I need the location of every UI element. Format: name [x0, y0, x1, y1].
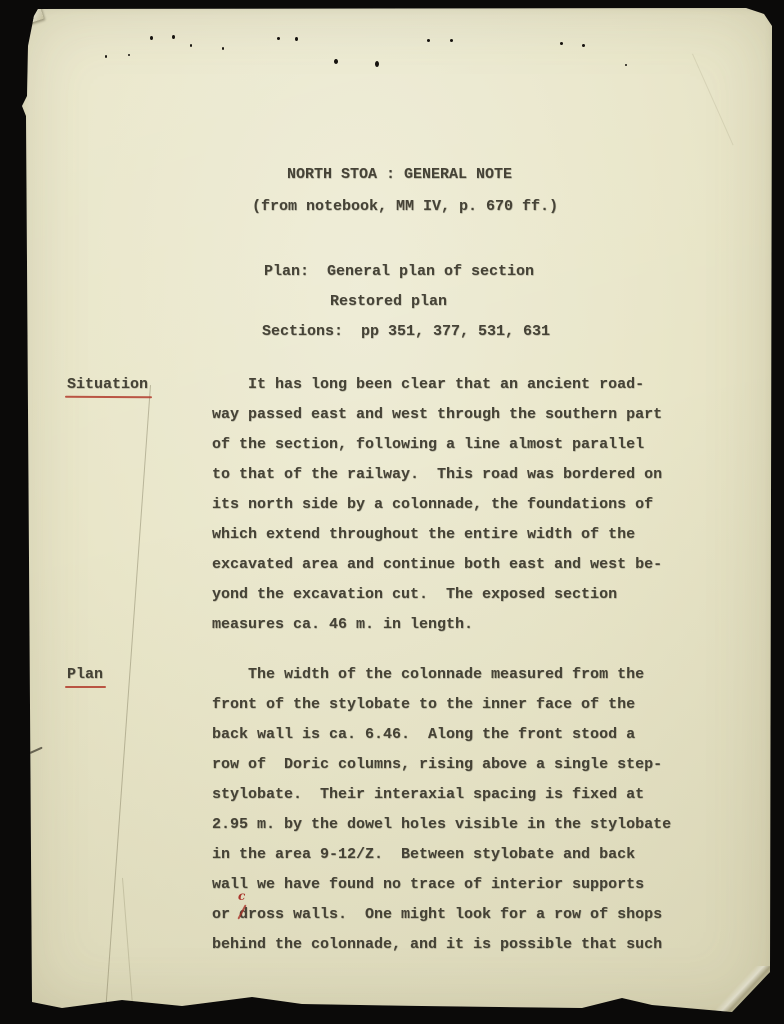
- typed-line: which extend throughout the entire width…: [212, 520, 662, 550]
- ink-speck: [450, 39, 453, 42]
- ink-speck: [375, 61, 379, 67]
- typed-line: its north side by a colonnade, the found…: [212, 490, 662, 520]
- ink-speck: [427, 39, 430, 42]
- paper-crease: [692, 54, 734, 146]
- red-underline-plan: [65, 686, 106, 688]
- plan-reference-1: Plan: General plan of section: [264, 257, 534, 287]
- scanned-page: NORTH STOA : GENERAL NOTE (from notebook…: [0, 0, 784, 1024]
- typed-line: or dross walls. One might look for a row…: [212, 900, 671, 930]
- paper-crease: [122, 878, 133, 1010]
- source-reference: (from notebook, MM IV, p. 670 ff.): [252, 192, 558, 222]
- plan-reference-2: Restored plan: [330, 287, 447, 317]
- torn-corner-flap: [20, 4, 44, 24]
- typed-line: 2.95 m. by the dowel holes visible in th…: [212, 810, 671, 840]
- typed-line: The width of the colonnade measured from…: [212, 660, 671, 690]
- typed-line: behind the colonnade, and it is possible…: [212, 930, 671, 960]
- typed-line: It has long been clear that an ancient r…: [212, 370, 662, 400]
- paper-crease: [105, 385, 151, 1011]
- ink-speck: [334, 59, 338, 64]
- ink-speck: [222, 47, 224, 50]
- typed-line: front of the stylobate to the inner face…: [212, 690, 671, 720]
- typed-line: to that of the railway. This road was bo…: [212, 460, 662, 490]
- ink-speck: [150, 36, 153, 40]
- typed-line: yond the excavation cut. The exposed sec…: [212, 580, 662, 610]
- folded-corner-shading: [708, 966, 778, 1018]
- ink-speck: [190, 44, 192, 47]
- typed-line: wall we have found no trace of interior …: [212, 870, 671, 900]
- typed-line: of the section, following a line almost …: [212, 430, 662, 460]
- typed-line: stylobate. Their interaxial spacing is f…: [212, 780, 671, 810]
- typed-line: back wall is ca. 6.46. Along the front s…: [212, 720, 671, 750]
- typed-line: in the area 9-12/Z. Between stylobate an…: [212, 840, 671, 870]
- ink-speck: [128, 54, 130, 56]
- ink-speck: [172, 35, 175, 39]
- page-title: NORTH STOA : GENERAL NOTE: [287, 160, 512, 190]
- plan-reference-3: Sections: pp 351, 377, 531, 631: [262, 317, 550, 347]
- situation-paragraph: It has long been clear that an ancient r…: [212, 370, 662, 640]
- typed-line: measures ca. 46 m. in length.: [212, 610, 662, 640]
- ink-speck: [105, 55, 107, 58]
- ink-speck: [625, 64, 627, 66]
- ink-speck: [560, 42, 563, 45]
- red-correction-letter: c: [238, 890, 245, 902]
- ink-speck: [277, 37, 280, 40]
- typed-line: row of Doric columns, rising above a sin…: [212, 750, 671, 780]
- ink-speck: [295, 37, 298, 41]
- pencil-mark: [26, 747, 42, 756]
- plan-paragraph: The width of the colonnade measured from…: [212, 660, 671, 960]
- ink-speck: [582, 44, 585, 47]
- typed-line: way passed east and west through the sou…: [212, 400, 662, 430]
- typed-line: excavated area and continue both east an…: [212, 550, 662, 580]
